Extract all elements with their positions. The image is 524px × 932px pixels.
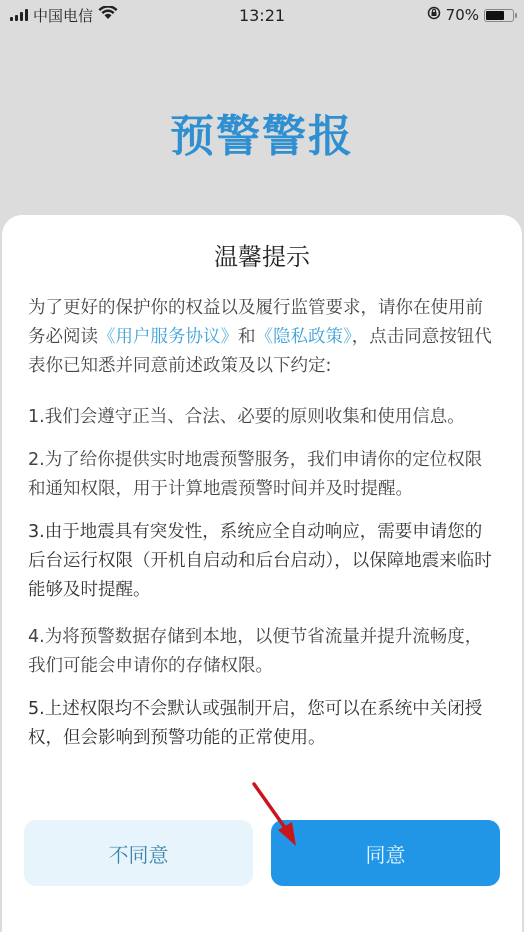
battery-percent: 70% [446, 6, 479, 24]
terms-item-1: 1.我们会遵守正当、合法、必要的原则收集和使用信息。 [28, 403, 496, 432]
intro-and: 和 [238, 327, 256, 347]
disagree-button[interactable]: 不同意 [24, 820, 253, 886]
status-right: 70% [427, 6, 514, 24]
user-agreement-link[interactable]: 《用户服务协议》 [98, 327, 238, 347]
agree-button[interactable]: 同意 [271, 820, 500, 886]
terms-item-5: 5.上述权限均不会默认或强制开启，您可以在系统中关闭授权，但会影响到预警功能的正… [28, 695, 496, 753]
terms-item-4: 4.为将预警数据存储到本地，以便节省流量并提升流畅度，我们可能会申请你的存储权限… [28, 623, 496, 681]
app-title: 预警警报 [0, 100, 524, 164]
terms-item-3: 3.由于地震具有突发性，系统应全自动响应，需要申请您的后台运行权限（开机自启动和… [28, 518, 496, 605]
dialog-title: 温馨提示 [28, 237, 496, 272]
status-bar: 中国电信 13:21 70% [0, 0, 524, 30]
terms-item-2: 2.为了给你提供实时地震预警服务，我们申请你的定位权限和通知权限，用于计算地震预… [28, 446, 496, 504]
consent-dialog: 温馨提示 为了更好的保护你的权益以及履行监管要求，请你在使用前务必阅读《用户服务… [2, 215, 522, 932]
dialog-actions: 不同意 同意 [24, 820, 500, 886]
carrier-name: 中国电信 [33, 5, 93, 26]
signal-icon [10, 9, 28, 21]
intro-paragraph: 为了更好的保护你的权益以及履行监管要求，请你在使用前务必阅读《用户服务协议》和《… [28, 294, 496, 381]
battery-icon [484, 9, 514, 22]
rotation-lock-icon [427, 6, 441, 24]
status-left: 中国电信 [10, 5, 118, 26]
wifi-icon [98, 6, 118, 24]
privacy-policy-link[interactable]: 《隐私政策》 [256, 327, 352, 347]
